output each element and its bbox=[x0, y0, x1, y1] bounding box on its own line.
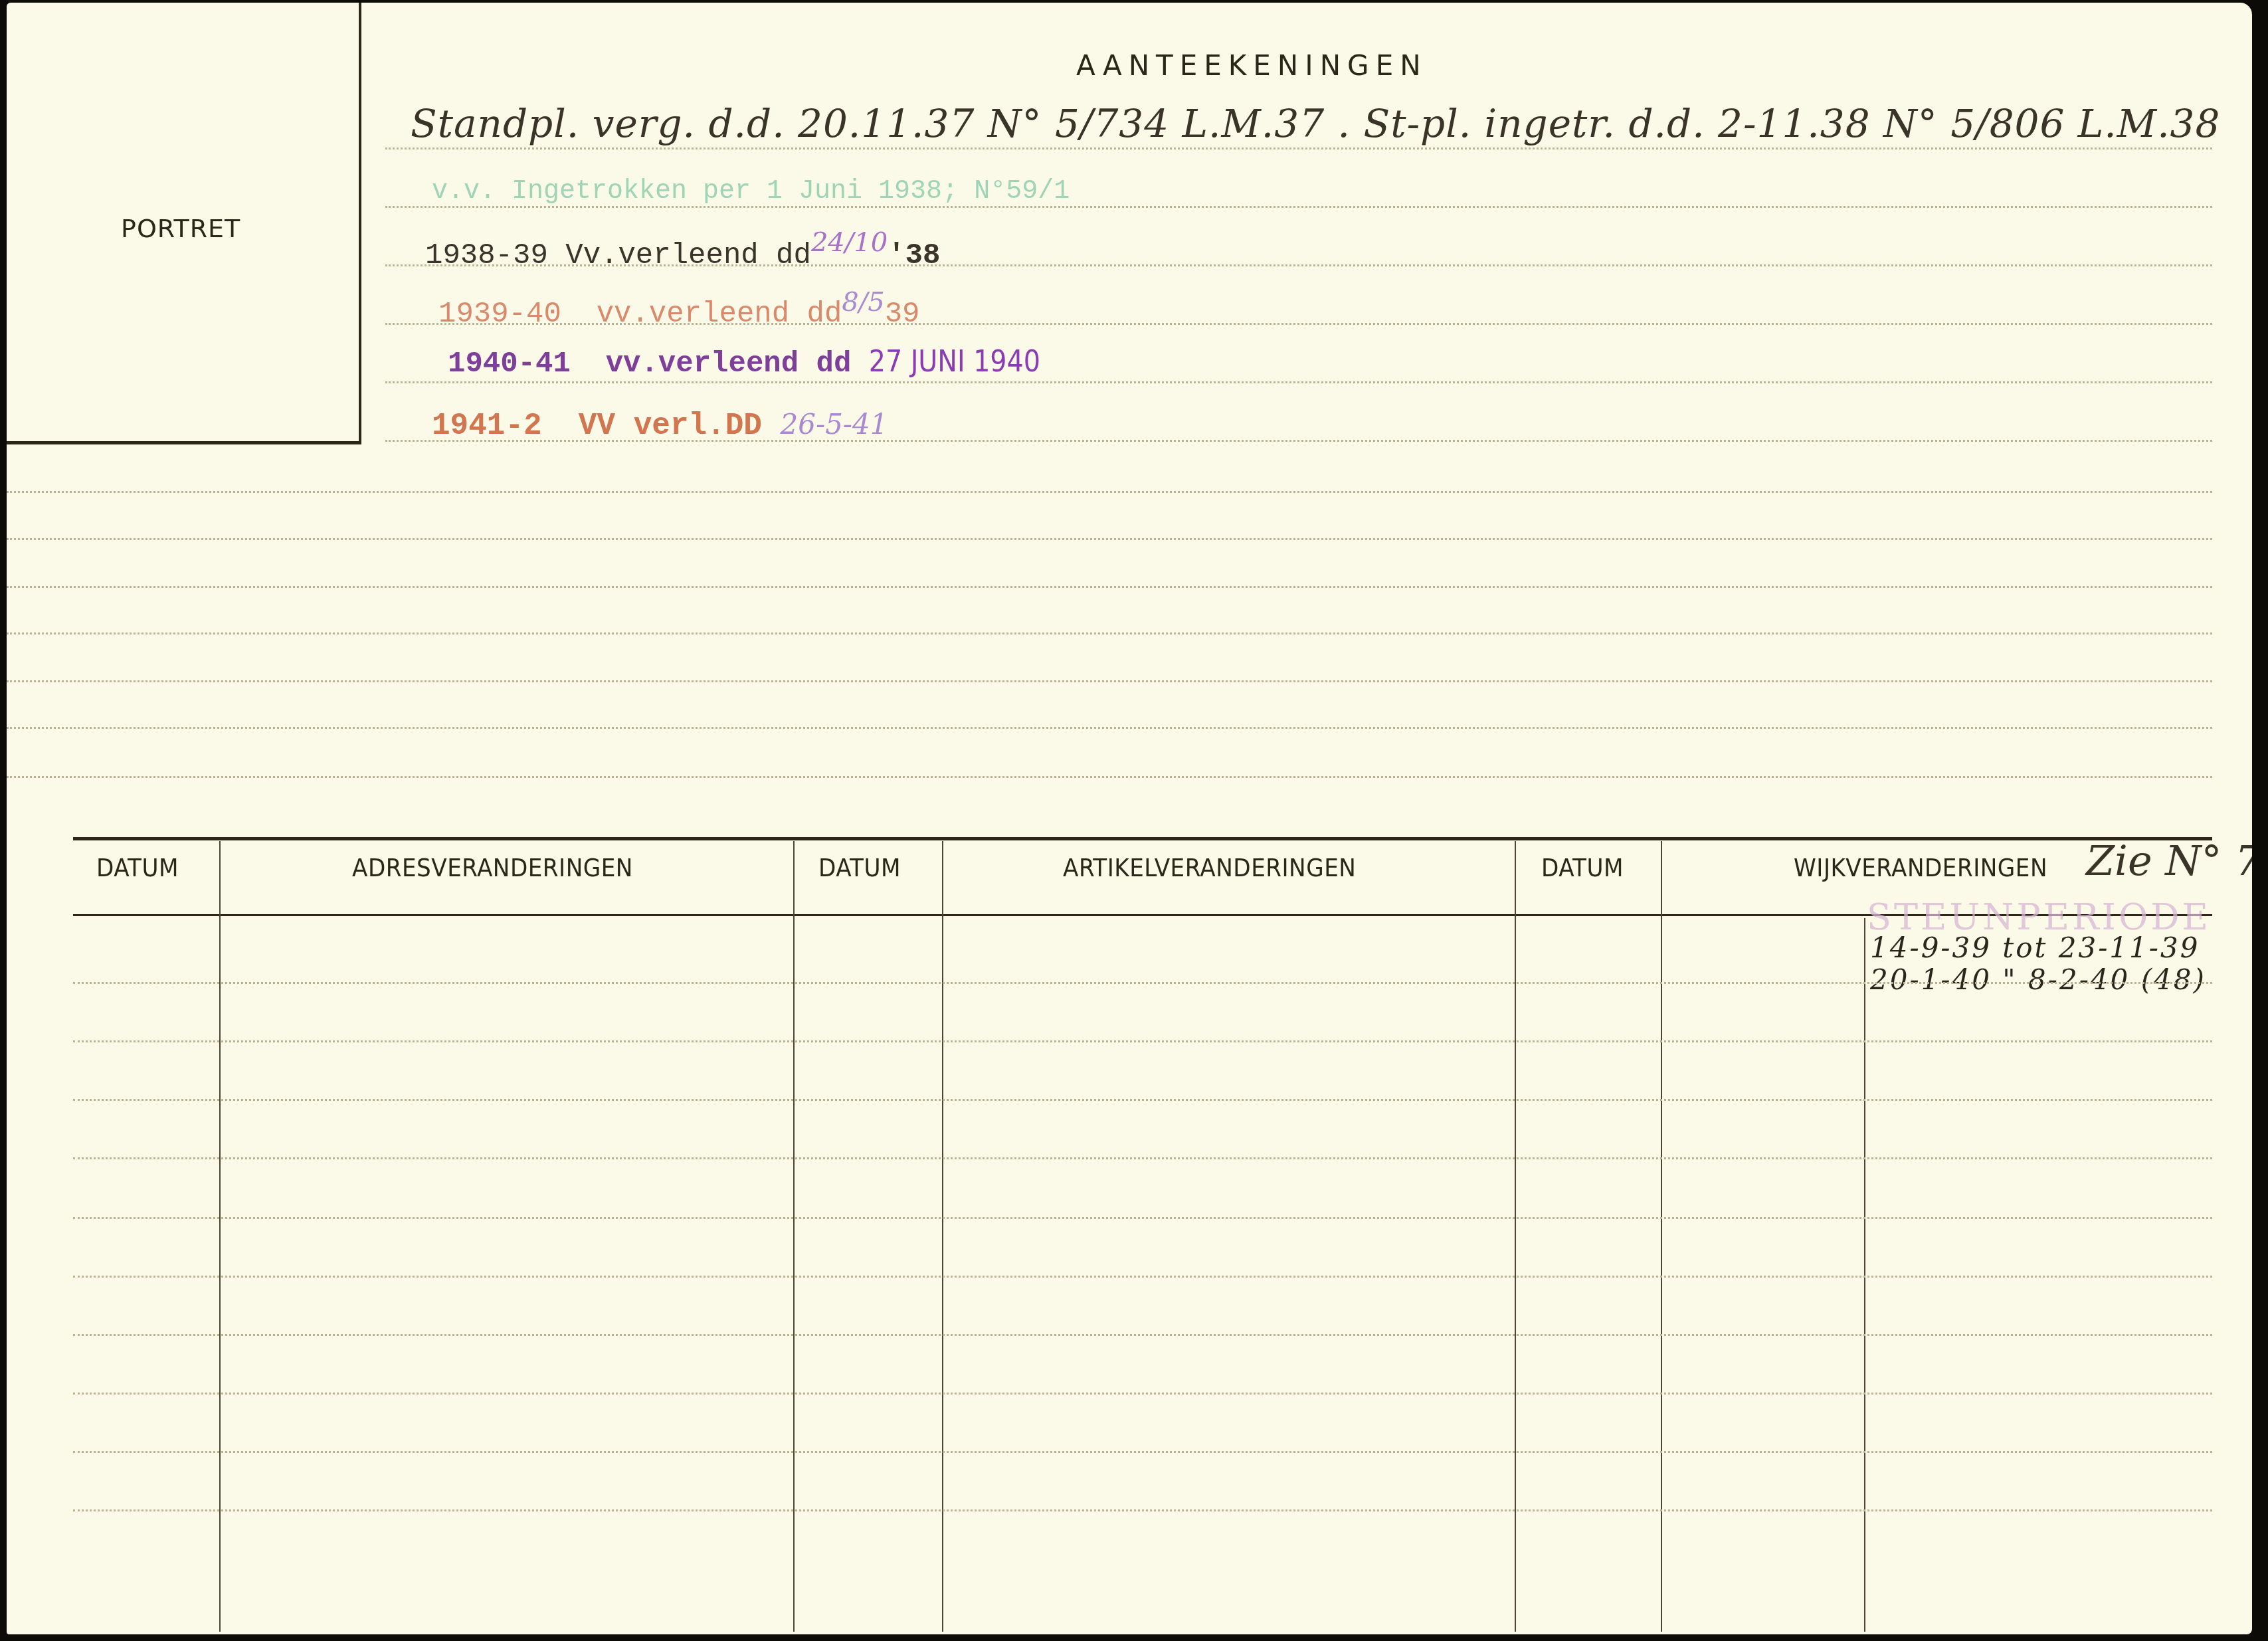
note-date: 27 JUNI 1940 bbox=[869, 345, 1040, 379]
registration-card: PORTRET AANTEEKENINGEN Standpl. verg. d.… bbox=[7, 3, 2252, 1634]
wijk-entry: 20-1-40 " 8-2-40 (48) bbox=[1870, 963, 2206, 996]
note-date: 8/5 bbox=[842, 287, 884, 318]
ruled-line bbox=[7, 680, 2212, 682]
ruled-line bbox=[7, 491, 2212, 493]
note-year: 1941-2 bbox=[432, 409, 542, 443]
note-1941-2: 1941-2 VV verl.DD 26-5-41 bbox=[432, 408, 888, 443]
table-row-line bbox=[73, 982, 2212, 984]
note-handwritten-standplaats: Standpl. verg. d.d. 20.11.37 N° 5/734 L.… bbox=[411, 101, 2220, 146]
column-divider bbox=[219, 841, 221, 1632]
note-date: 26-5-41 bbox=[781, 408, 888, 440]
note-1939-40: 1939-40 vv.verleend dd8/539 bbox=[438, 287, 920, 331]
note-1940-41: 1940-41 vv.verleend dd 27 JUNI 1940 bbox=[448, 345, 1040, 381]
ruled-line bbox=[385, 147, 2212, 149]
table-row-line bbox=[73, 1040, 2212, 1042]
header-wijkveranderingen: WIJKVERANDERINGEN bbox=[1794, 853, 2047, 882]
header-datum-3: DATUM bbox=[1541, 853, 1624, 882]
column-divider bbox=[942, 841, 943, 1632]
ruled-line bbox=[7, 586, 2212, 588]
column-divider bbox=[793, 841, 795, 1632]
table-row-line bbox=[73, 1099, 2212, 1101]
table-row-line bbox=[73, 1157, 2212, 1159]
ruled-line bbox=[7, 538, 2212, 540]
header-datum-1: DATUM bbox=[96, 853, 179, 882]
table-row-line bbox=[73, 1334, 2212, 1336]
note-text: vv.verleend dd bbox=[606, 347, 852, 381]
note-typed-ingetrokken: v.v. Ingetrokken per 1 Juni 1938; N°59/1 bbox=[432, 177, 1070, 207]
note-1938-39: 1938-39 Vv.verleend dd24/10'38 bbox=[425, 227, 940, 272]
note-date: 24/10 bbox=[811, 227, 888, 258]
portrait-label: PORTRET bbox=[121, 214, 240, 243]
column-divider bbox=[1864, 918, 1865, 1632]
portrait-box: PORTRET bbox=[7, 3, 361, 444]
header-adresveranderingen: ADRESVERANDERINGEN bbox=[352, 853, 633, 882]
note-text: Vv.verleend dd bbox=[565, 239, 811, 272]
note-year: 1940-41 bbox=[448, 347, 571, 381]
note-year: 1939-40 bbox=[438, 298, 561, 331]
header-artikelveranderingen: ARTIKELVERANDERINGEN bbox=[1063, 853, 1356, 882]
table-row-line bbox=[73, 1276, 2212, 1278]
note-text: vv.verleend dd bbox=[597, 298, 842, 331]
note-year: 1938-39 bbox=[425, 239, 548, 272]
ruled-line bbox=[7, 776, 2212, 778]
table-row-line bbox=[73, 1217, 2212, 1219]
section-title: AANTEEKENINGEN bbox=[1076, 49, 1428, 82]
ruled-line bbox=[7, 727, 2212, 729]
table-row-line bbox=[73, 1509, 2212, 1511]
note-suffix: 39 bbox=[885, 298, 920, 331]
table-top-rule bbox=[73, 837, 2212, 840]
column-divider bbox=[1661, 841, 1662, 1632]
column-divider bbox=[1515, 841, 1516, 1632]
header-datum-2: DATUM bbox=[818, 853, 901, 882]
wijk-entry: 14-9-39 tot 23-11-39 bbox=[1870, 931, 2200, 964]
ruled-line bbox=[7, 632, 2212, 634]
table-row-line bbox=[73, 1451, 2212, 1453]
header-annotation-zie: Zie N° 72/ bbox=[2086, 836, 2252, 885]
table-row-line bbox=[73, 1393, 2212, 1395]
note-text: VV verl.DD bbox=[579, 409, 762, 443]
note-suffix: '38 bbox=[888, 239, 940, 272]
ruled-line bbox=[385, 381, 2212, 383]
